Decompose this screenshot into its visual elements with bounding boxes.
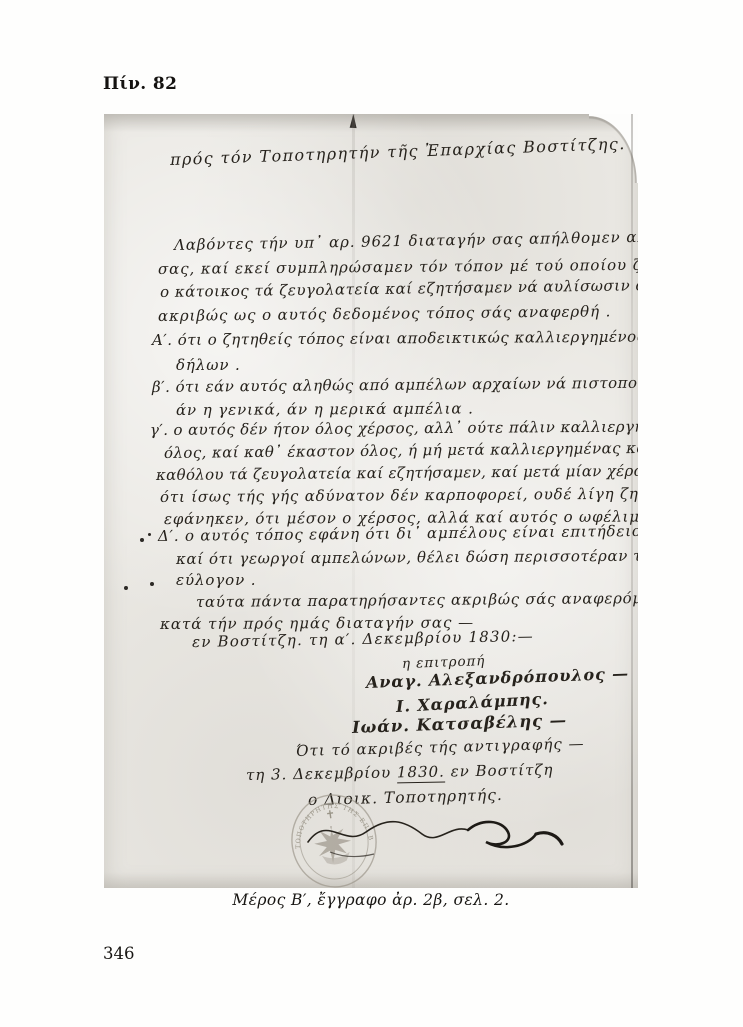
manuscript-line: ταύτα πάντα παρατηρήσαντες ακριβώς σάς α… (196, 589, 638, 611)
manuscript-line: ακριβώς ως ο αυτός δεδομένος τόπος σάς α… (158, 302, 611, 325)
figure-caption: Μέρος Β′, ἔγγραφο ἀρ. 2β, σελ. 2. (104, 891, 638, 909)
ink-dot (150, 582, 154, 586)
manuscript-paper: πρός τόν Τοποτηρητήν τῆς Ἐπαρχίας Βοστίτ… (104, 114, 638, 888)
manuscript-line: δήλων . (176, 356, 241, 374)
manuscript-line: ότι ίσως τής γής αδύνατον δέν καρποφορεί… (160, 484, 638, 506)
manuscript-line: Δ′. ο αυτός τόπος εφάνη ότι δι᾽ αμπέλους… (158, 522, 638, 545)
manuscript-line: όλος, καί καθ᾽ έκαστον όλος, ή μή μετά κ… (164, 438, 638, 462)
manuscript-header: πρός τόν Τοποτηρητήν τῆς Ἐπαρχίας Βοστίτ… (170, 134, 626, 169)
manuscript-line: β′. ότι εάν αυτός αληθώς από αμπέλων αρχ… (152, 373, 638, 396)
ink-dot (140, 538, 144, 542)
certification-year: 1830. (397, 763, 445, 784)
certification-date-suffix: εν Βοστίτζη (445, 761, 554, 781)
page-number: 346 (103, 944, 135, 963)
plate-label: Πίν. 82 (103, 74, 177, 94)
certification-date-prefix: τη 3. Δεκεμβρίου (246, 763, 397, 784)
signature: Ιωάν. Κατσαβέλης — (352, 710, 568, 736)
certification-line: Ότι τό ακριβές τής αντιγραφής — (296, 734, 585, 760)
certification-date: τη 3. Δεκεμβρίου 1830. εν Βοστίτζη (246, 761, 554, 784)
manuscript-line: ο κάτοικος τά ζευγολατεία καί εζητήσαμεν… (160, 275, 638, 301)
ink-dot (124, 586, 128, 590)
manuscript-line: Λαβόντες τήν υπ᾽ αρ. 9621 διαταγήν σας α… (174, 228, 638, 254)
manuscript-line: καθόλου τά ζευγολατεία καί εζητήσαμεν, κ… (156, 461, 638, 484)
manuscript-line: εύλογον . (176, 571, 256, 589)
manuscript-line: άν η γενικά, άν η μερικά αμπέλια . (176, 399, 474, 419)
signature-flourish (300, 804, 570, 864)
document-photograph: πρός τόν Τοποτηρητήν τῆς Ἐπαρχίας Βοστίτ… (104, 114, 638, 888)
manuscript-line: Α′. ότι ο ζητηθείς τόπος είναι αποδεικτι… (152, 327, 638, 349)
manuscript-line: σας, καί εκεί συμπληρώσαμεν τόν τόπον μέ… (158, 255, 638, 278)
ink-dot (148, 533, 151, 536)
manuscript-line: γ′. ο αυτός δέν ήτον όλος χέρσος, αλλ᾽ ο… (150, 417, 638, 439)
manuscript-line: καί ότι γεωργοί αμπελώνων, θέλει δώση πε… (176, 546, 638, 568)
